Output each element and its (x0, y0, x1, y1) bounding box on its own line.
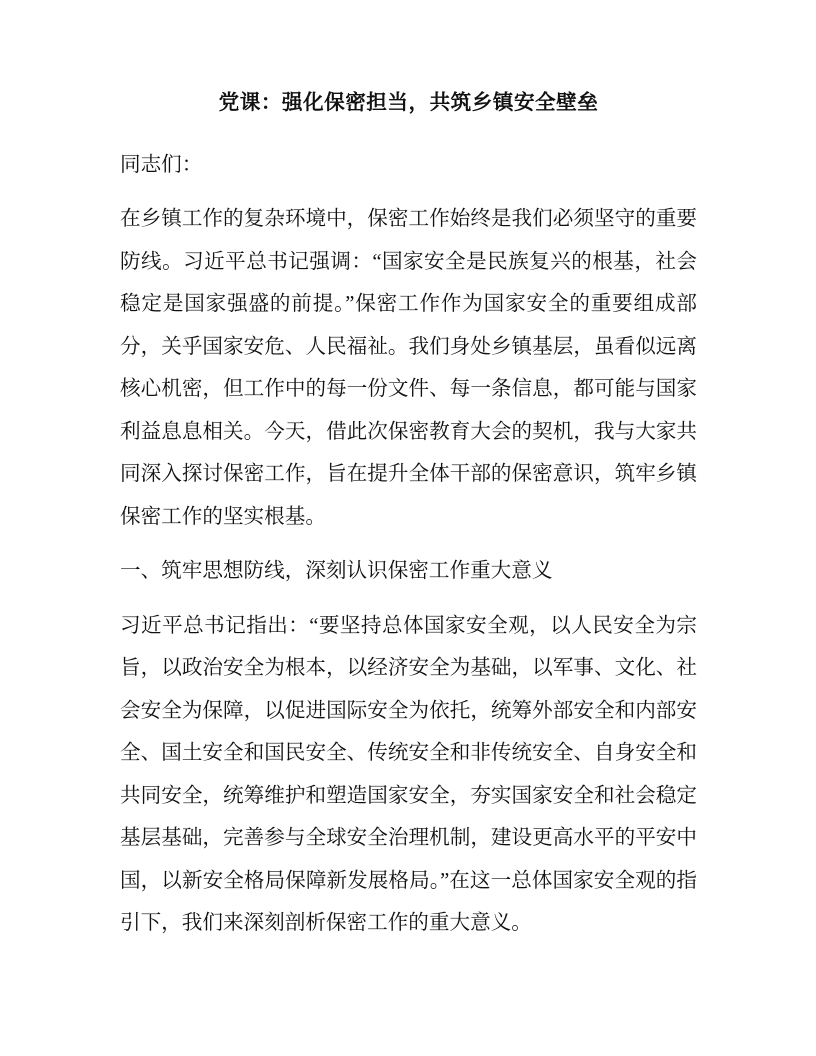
section-1-heading: 一、筑牢思想防线，深刻认识保密工作重大意义 (120, 550, 697, 593)
document-title: 党课：强化保密担当，共筑乡镇安全壁垒 (120, 82, 697, 125)
intro-paragraph: 在乡镇工作的复杂环境中，保密工作始终是我们必须坚守的重要防线。习近平总书记强调：… (120, 198, 697, 538)
section-1-paragraph: 习近平总书记指出：“要坚持总体国家安全观，以人民安全为宗旨，以政治安全为根本，以… (120, 605, 697, 945)
document-page: 党课：强化保密担当，共筑乡镇安全壁垒 同志们： 在乡镇工作的复杂环境中，保密工作… (0, 0, 816, 1056)
salutation: 同志们： (120, 144, 697, 187)
